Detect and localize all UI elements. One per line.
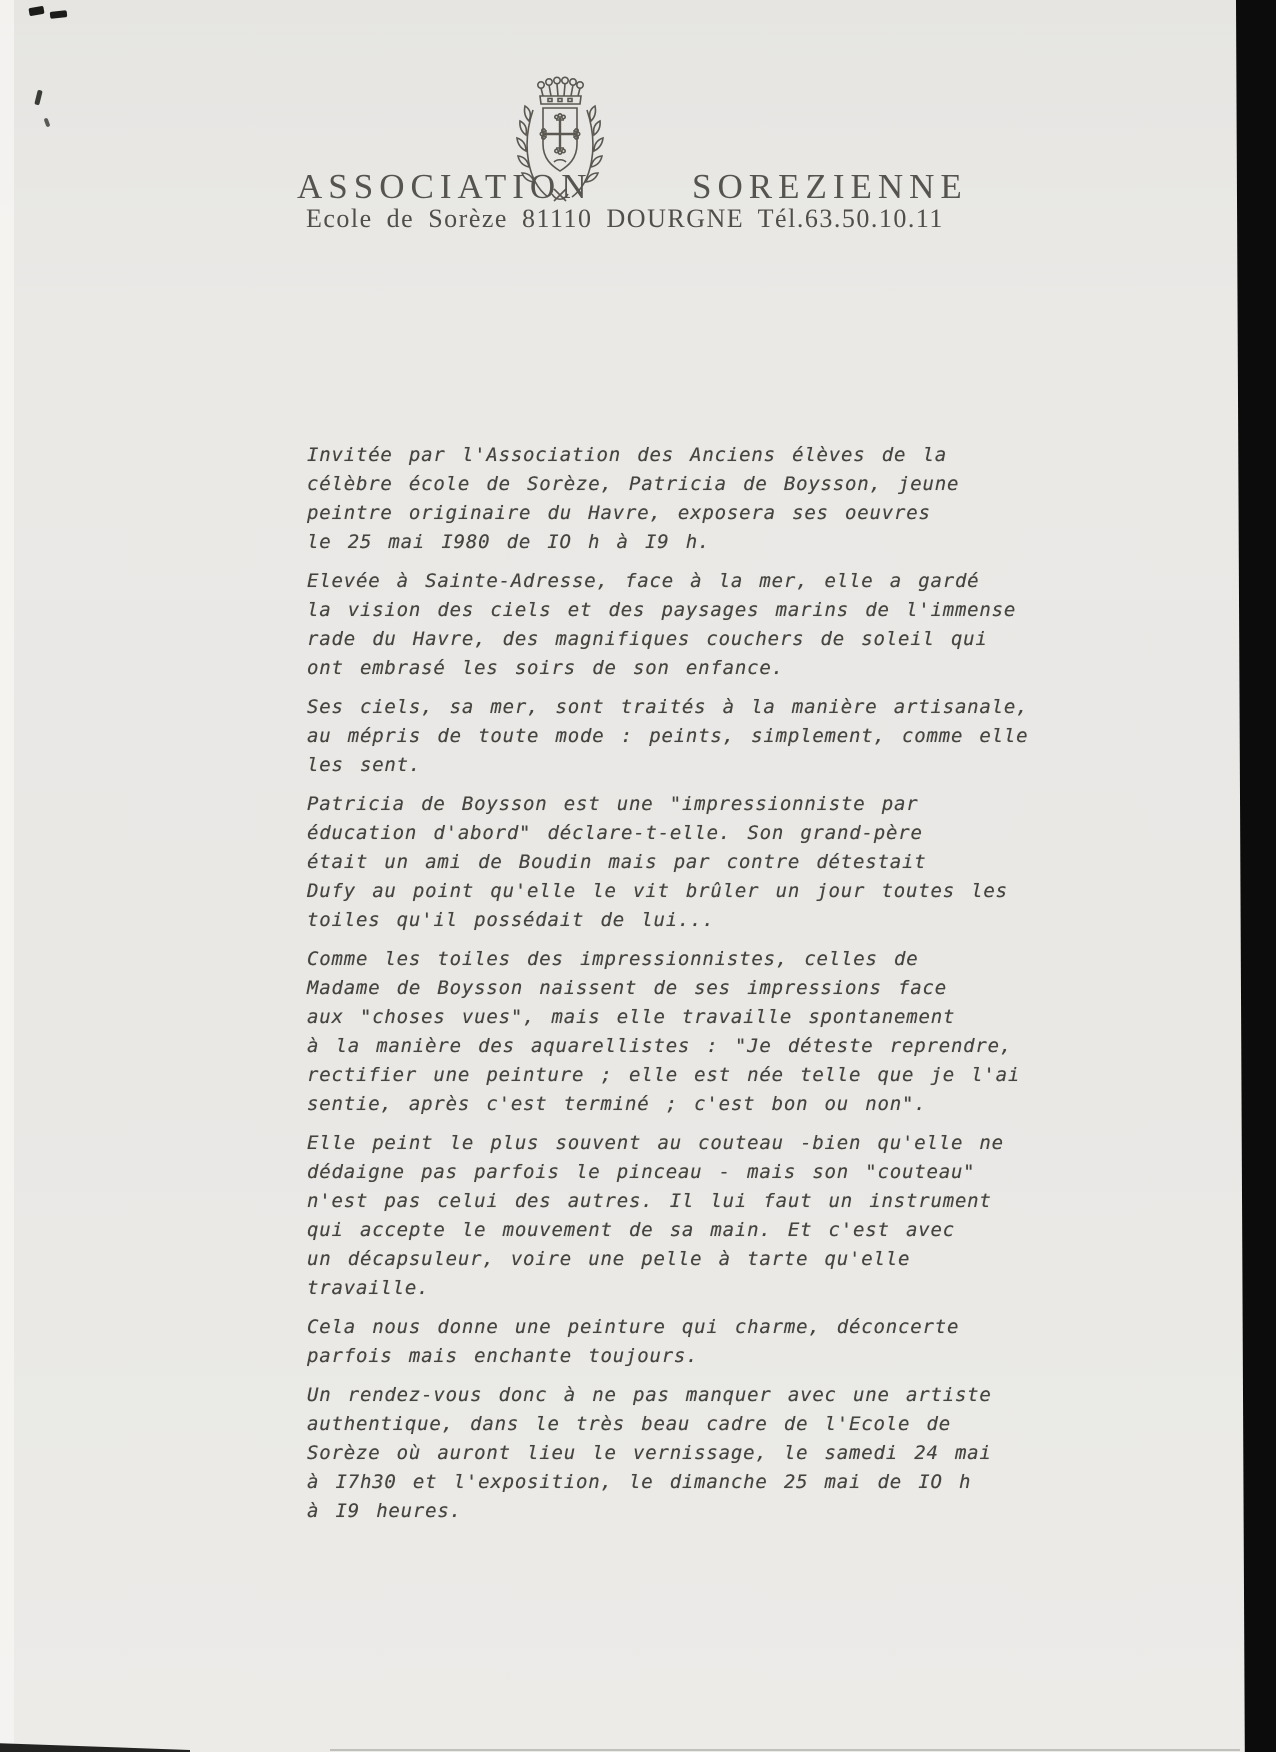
scan-artifact-mark [28,6,44,16]
letter-paragraph: Ses ciels, sa mer, sont traités à la man… [307,693,1207,780]
letter-paragraph: Patricia de Boysson est une "impressionn… [307,790,1207,935]
letter-paragraph: Invitée par l'Association des Anciens él… [307,441,1207,557]
scan-artifact-hairline [330,1749,1240,1751]
scan-artifact-bottom-line [0,1741,190,1752]
scan-artifact-mark [44,118,51,128]
scan-edge-black-band [1236,0,1276,1752]
crown-icon [538,77,583,104]
org-name-left: ASSOCIATION [297,167,592,207]
shield-occitan-cross-icon [540,108,579,171]
letter-paragraph: Un rendez-vous donc à ne pas manquer ave… [307,1381,1207,1526]
letter-body: Invitée par l'Association des Anciens él… [307,441,1207,1536]
address-line: Ecole de Sorèze 81110 DOURGNE Tél.63.50.… [306,204,944,234]
scanned-letter-page: ASSOCIATION SOREZIENNE Ecole de Sorèze 8… [0,0,1276,1752]
letter-paragraph: Cela nous donne une peinture qui charme,… [307,1313,1207,1371]
letter-paragraph: Elevée à Sainte-Adresse, face à la mer, … [307,567,1207,683]
org-name-right: SOREZIENNE [692,167,968,207]
scan-artifact-mark [34,90,42,106]
scan-artifact-mark [50,10,68,19]
letter-paragraph: Comme les toiles des impressionnistes, c… [307,945,1207,1119]
letter-paragraph: Elle peint le plus souvent au couteau -b… [307,1129,1207,1303]
scan-edge-light-strip [0,0,14,1752]
